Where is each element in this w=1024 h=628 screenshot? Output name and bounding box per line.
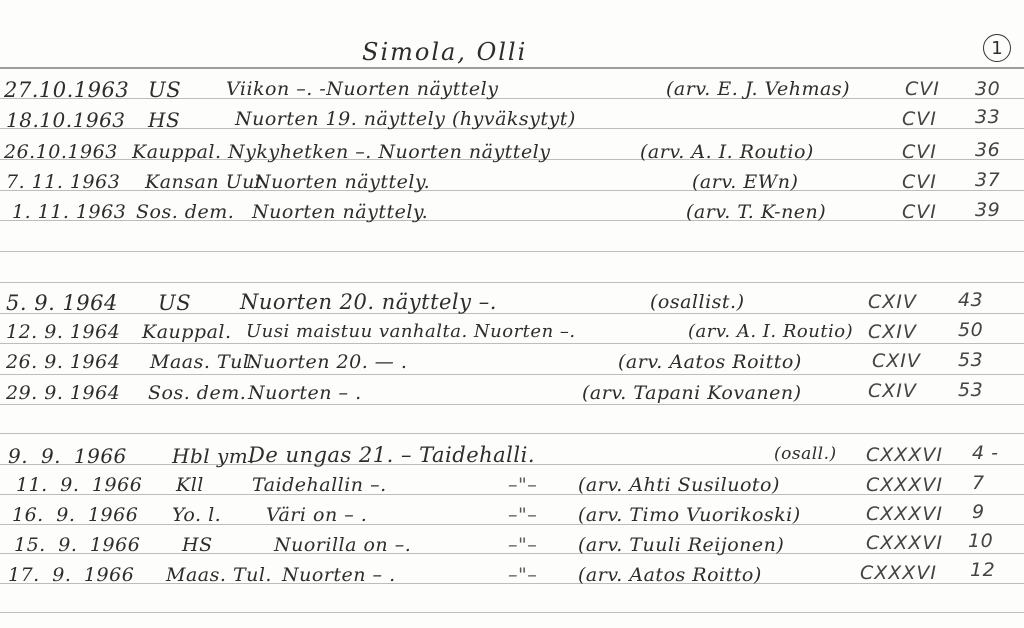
entry-paper: Maas. Tul. bbox=[166, 566, 272, 585]
entry-paper: Yo. l. bbox=[172, 506, 221, 525]
entry-date: 1. 11. 1963 bbox=[12, 203, 126, 222]
entry-date: 29. 9. 1964 bbox=[6, 384, 120, 403]
entry-paper: Sos. dem. bbox=[136, 203, 234, 222]
entry-ditto-mark: –"– bbox=[508, 536, 537, 555]
entry-volume: CXIV bbox=[868, 293, 917, 312]
entry-note: (arv. Tuuli Reijonen) bbox=[578, 536, 784, 555]
entry-date: 27.10.1963 bbox=[4, 80, 129, 101]
entry-note: (osall.) bbox=[774, 446, 837, 463]
entry-volume: CXIV bbox=[868, 323, 917, 342]
entry-volume: CVI bbox=[902, 173, 937, 192]
entry-volume: CXXXVI bbox=[866, 505, 943, 524]
entry-volume: CXXXVI bbox=[866, 446, 943, 465]
entry-date: 17. 9. 1966 bbox=[8, 566, 134, 585]
entry-date: 9. 9. 1966 bbox=[8, 446, 127, 466]
card-number-circle: 1 bbox=[983, 34, 1011, 62]
entry-title: Uusi maistuu vanhalta. Nuorten –. bbox=[246, 323, 576, 341]
entry-note: (arv. Ahti Susiluoto) bbox=[578, 476, 780, 495]
entry-note: (arv. E. J. Vehmas) bbox=[666, 80, 850, 99]
entry-page: 37 bbox=[975, 171, 1000, 190]
entry-page: 12 bbox=[970, 561, 995, 580]
entry-volume: CXXXVI bbox=[866, 534, 943, 553]
entry-title: Taidehallin –. bbox=[252, 476, 387, 495]
entry-page: 30 bbox=[975, 80, 1000, 99]
entry-title: Nuorten näyttely. bbox=[252, 203, 428, 222]
entry-paper: Kll bbox=[176, 476, 204, 495]
card-subject-name: Simola, Olli bbox=[362, 40, 527, 64]
entry-note: (arv. EWn) bbox=[692, 173, 798, 192]
entry-title: Nuorten 20. — . bbox=[246, 353, 407, 372]
entry-paper: Maas. Tul. bbox=[150, 353, 256, 372]
ruled-line bbox=[0, 433, 1024, 434]
index-card: Simola, Olli 1 27.10.1963 US Viikon –. -… bbox=[0, 0, 1024, 628]
entry-volume: CVI bbox=[905, 80, 940, 99]
entry-page: 10 bbox=[968, 532, 993, 551]
entry-title: Nuorten – . bbox=[248, 384, 362, 403]
entry-volume: CVI bbox=[902, 143, 937, 162]
entry-date: 26.10.1963 bbox=[4, 143, 118, 162]
entry-note: (arv. Tapani Kovanen) bbox=[582, 384, 802, 403]
entry-volume: CXIV bbox=[868, 382, 917, 401]
entry-ditto-mark: –"– bbox=[508, 476, 537, 495]
entry-date: 26. 9. 1964 bbox=[6, 353, 120, 372]
entry-note: (osallist.) bbox=[650, 293, 745, 312]
entry-page: 7 bbox=[972, 474, 985, 493]
entry-note: (arv. Aatos Roitto) bbox=[618, 353, 802, 372]
entry-paper: HS bbox=[148, 110, 180, 130]
entry-title: Viikon –. -Nuorten näyttely bbox=[226, 80, 498, 99]
entry-date: 11. 9. 1966 bbox=[16, 476, 142, 495]
entry-page: 36 bbox=[975, 141, 1000, 160]
entry-page: 4 - bbox=[972, 444, 998, 463]
entry-date: 12. 9. 1964 bbox=[6, 323, 120, 342]
entry-paper: Sos. dem. bbox=[148, 384, 246, 403]
ruled-line bbox=[0, 251, 1024, 252]
entry-volume: CVI bbox=[902, 203, 937, 222]
entry-ditto-mark: –"– bbox=[508, 566, 537, 585]
entry-paper: HS bbox=[182, 536, 213, 555]
entry-ditto-mark: –"– bbox=[508, 506, 537, 525]
entry-volume: CXIV bbox=[872, 352, 921, 371]
entry-paper: US bbox=[158, 293, 191, 314]
entry-volume: CVI bbox=[902, 110, 937, 129]
entry-page: 33 bbox=[975, 108, 1000, 127]
entry-title: Nuorilla on –. bbox=[274, 536, 411, 555]
entry-page: 50 bbox=[958, 321, 983, 340]
entry-title: De ungas 21. – Taidehalli. bbox=[248, 445, 535, 466]
entry-note: (arv. A. I. Routio) bbox=[688, 323, 853, 341]
entry-page: 9 bbox=[972, 503, 985, 522]
entry-title: Nuorten 20. näyttely –. bbox=[240, 292, 497, 313]
entry-volume: CXXXVI bbox=[860, 564, 937, 583]
entry-title: Nykyhetken –. Nuorten näyttely bbox=[228, 143, 551, 162]
entry-note: (arv. Timo Vuorikoski) bbox=[578, 506, 801, 525]
entry-date: 15. 9. 1966 bbox=[14, 536, 140, 555]
card-number: 1 bbox=[991, 38, 1002, 59]
entry-title: Väri on – . bbox=[266, 506, 367, 525]
entry-volume: CXXXVI bbox=[866, 476, 943, 495]
entry-date: 7. 11. 1963 bbox=[6, 173, 120, 192]
ruled-line bbox=[0, 404, 1024, 405]
ruled-line bbox=[0, 612, 1024, 613]
entry-page: 53 bbox=[958, 381, 983, 400]
ruled-line bbox=[0, 374, 1024, 375]
ruled-line bbox=[0, 343, 1024, 344]
ruled-line bbox=[0, 67, 1024, 69]
entry-paper: Hbl ym. bbox=[172, 446, 255, 466]
entry-paper: US bbox=[148, 80, 181, 101]
ruled-line bbox=[0, 313, 1024, 314]
entry-title: Nuorten – . bbox=[282, 566, 396, 585]
entry-date: 18.10.1963 bbox=[6, 110, 126, 130]
entry-note: (arv. Aatos Roitto) bbox=[578, 566, 762, 585]
entry-paper: Kansan Uut. bbox=[145, 173, 270, 192]
ruled-line bbox=[0, 282, 1024, 283]
entry-page: 53 bbox=[958, 351, 983, 370]
entry-date: 16. 9. 1966 bbox=[12, 506, 138, 525]
entry-paper: Kauppal. bbox=[142, 323, 232, 342]
entry-note: (arv. T. K-nen) bbox=[686, 203, 826, 222]
entry-page: 43 bbox=[958, 291, 983, 310]
entry-note: (arv. A. I. Routio) bbox=[640, 143, 814, 162]
entry-date: 5. 9. 1964 bbox=[6, 293, 118, 314]
entry-title: Nuorten 19. näyttely (hyväksytyt) bbox=[235, 110, 576, 129]
entry-title: Nuorten näyttely. bbox=[254, 173, 430, 192]
entry-paper: Kauppal. bbox=[132, 143, 222, 162]
entry-page: 39 bbox=[975, 201, 1000, 220]
